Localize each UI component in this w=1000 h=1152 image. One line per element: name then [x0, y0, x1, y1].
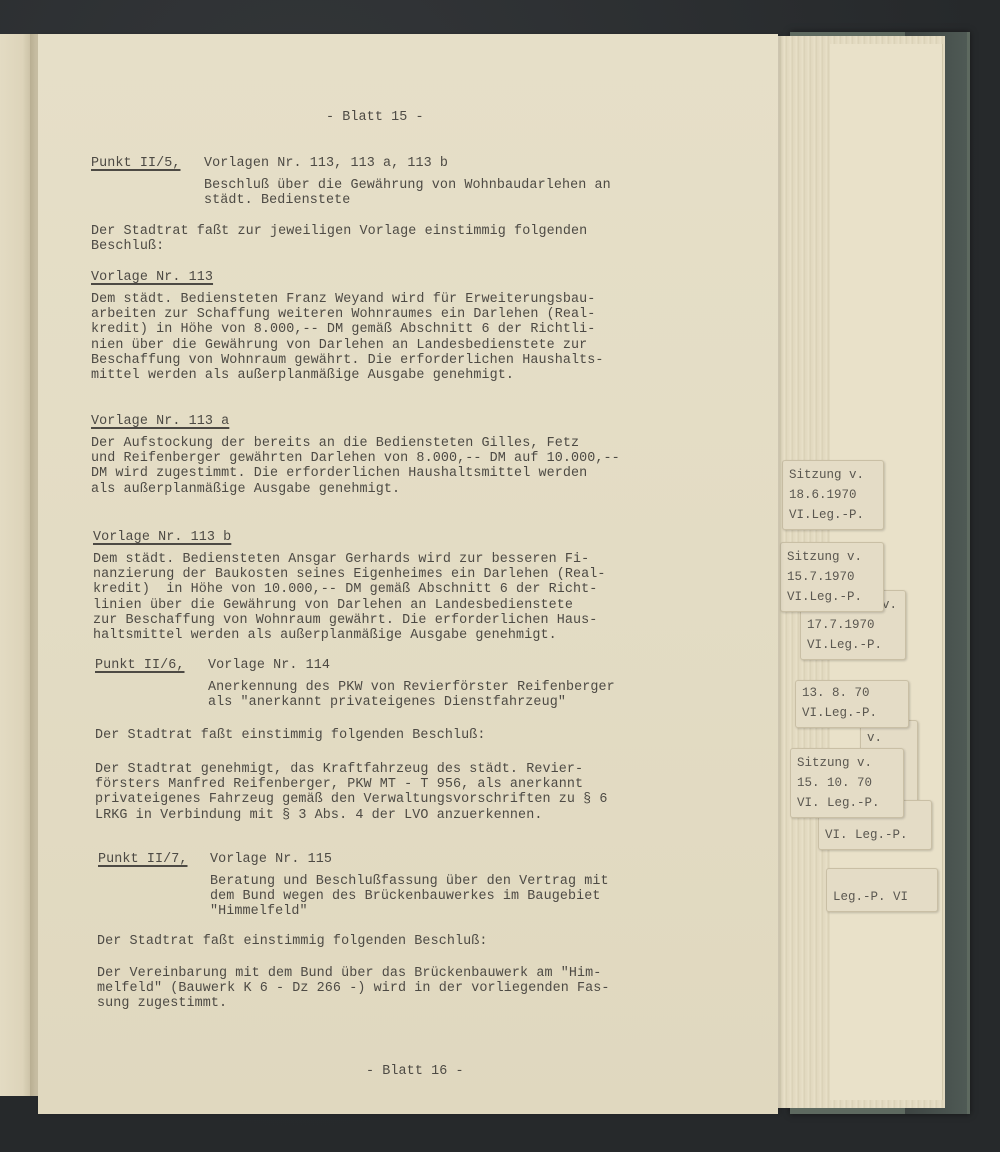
tab-line: 15.7.1970 [787, 570, 855, 584]
section-label: Punkt II/7, [98, 852, 188, 867]
item-label: Vorlage Nr. 113 [91, 270, 213, 285]
tab-line: Sitzung v. [797, 756, 872, 770]
index-tab[interactable]: Sitzung v. 15. 10. 70 VI. Leg.-P. [790, 748, 904, 818]
tab-line: VI.Leg.-P. [807, 638, 882, 652]
section-title: Vorlage Nr. 115 [210, 852, 332, 867]
index-tab[interactable]: Sitzung v. 15.7.1970 VI.Leg.-P. [780, 542, 884, 612]
tab-line: Sitzung v. [789, 468, 864, 482]
section-text: Der Vereinbarung mit dem Bund über das B… [97, 966, 610, 1012]
section-subject: Anerkennung des PKW von Revierförster Re… [208, 680, 615, 710]
section-subject: Beratung und Beschlußfassung über den Ve… [210, 874, 609, 920]
item-text: Dem städt. Bediensteten Franz Weyand wir… [91, 292, 604, 383]
tab-line: Sitzung v. [787, 550, 862, 564]
index-tab[interactable]: 13. 8. 70 VI.Leg.-P. [795, 680, 909, 728]
section-intro: Der Stadtrat faßt einstimmig folgenden B… [95, 728, 486, 743]
item-text: Dem städt. Bediensteten Ansgar Gerhards … [93, 552, 606, 643]
item-label: Vorlage Nr. 113 b [93, 530, 231, 545]
tab-line: VI. Leg.-P. [797, 796, 880, 810]
tab-line: VI.Leg.-P. [802, 706, 877, 720]
tab-line: 15. 10. 70 [797, 776, 872, 790]
section-subject: Beschluß über die Gewährung von Wohnbaud… [204, 178, 611, 208]
page-footer: - Blatt 16 - [366, 1064, 464, 1079]
left-page [0, 34, 32, 1096]
tab-line: VI. Leg.-P. [825, 828, 908, 842]
section-title: Vorlage Nr. 114 [208, 658, 330, 673]
section-title: Vorlagen Nr. 113, 113 a, 113 b [204, 156, 448, 171]
page-header: - Blatt 15 - [326, 110, 424, 125]
index-tab[interactable]: Sitzung v. 18.6.1970 VI.Leg.-P. [782, 460, 884, 530]
tab-line: 17.7.1970 [807, 618, 875, 632]
tab-line: VI.Leg.-P. [787, 590, 862, 604]
section-text: Der Stadtrat genehmigt, das Kraftfahrzeu… [95, 762, 608, 823]
item-label: Vorlage Nr. 113 a [91, 414, 229, 429]
section-intro: Der Stadtrat faßt zur jeweiligen Vorlage… [91, 224, 587, 254]
tab-line: v. [867, 731, 882, 745]
tab-line: Leg.-P. VI [833, 890, 908, 904]
section-label: Punkt II/6, [95, 658, 185, 673]
tab-line: 13. 8. 70 [802, 686, 870, 700]
section-label: Punkt II/5, [91, 156, 181, 171]
tab-line: 18.6.1970 [789, 488, 857, 502]
item-text: Der Aufstockung der bereits an die Bedie… [91, 436, 620, 497]
tab-line: VI.Leg.-P. [789, 508, 864, 522]
section-intro: Der Stadtrat faßt einstimmig folgenden B… [97, 934, 488, 949]
index-tab[interactable]: Leg.-P. VI [826, 868, 938, 912]
